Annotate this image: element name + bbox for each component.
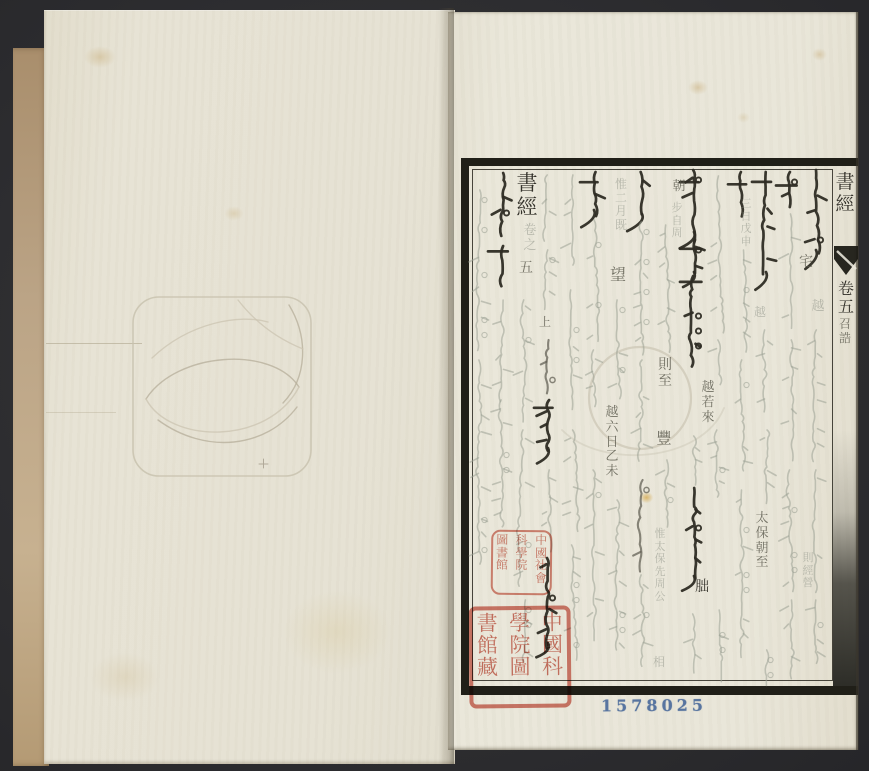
banxin-volume: 卷五 (838, 280, 854, 316)
chinese-text-fragment: 望 (610, 266, 626, 284)
chinese-text-fragment: 豐 (657, 430, 672, 447)
chinese-text-fragment: 惟二月既 (615, 178, 627, 233)
chinese-text-fragment: 越若來 (702, 381, 715, 425)
chinese-text-fragment: 惟太保先周公 (655, 528, 666, 603)
chinese-text-fragment: 越 (812, 300, 825, 315)
chinese-text-fragment: 卷之 (524, 224, 537, 254)
chinese-text-fragment: 書經 (517, 172, 538, 220)
chinese-text-fragment: 朝 (673, 180, 686, 195)
chinese-text-fragment: 則經營 (803, 552, 814, 590)
chinese-fragments-layer: 書經卷之五惟二月既望朝步自周三日戊申宅越越則至豐越若來越六日乙未上太保朝至惟太保… (0, 0, 869, 771)
chinese-text-fragment: 五 (519, 261, 533, 277)
banxin-chapter: 召誥 (839, 318, 851, 345)
chinese-text-fragment: 朏 (695, 580, 709, 596)
chinese-text-fragment: 越 (754, 306, 766, 320)
chinese-text-fragment: 越六日乙未 (606, 406, 619, 480)
banxin-title: 書經 (836, 172, 855, 215)
chinese-text-fragment: 上 (539, 316, 551, 330)
chinese-text-fragment: 三日戊申 (741, 198, 752, 248)
chinese-text-fragment: 步自周 (672, 202, 683, 240)
chinese-text-fragment: 相 (653, 656, 665, 670)
chinese-text-fragment: 則至 (658, 358, 672, 390)
chinese-text-fragment: 宅 (799, 255, 813, 271)
chinese-text-fragment: 太保朝至 (756, 512, 769, 571)
photograph-backdrop: 書經卷之五惟二月既望朝步自周三日戊申宅越越則至豐越若來越六日乙未上太保朝至惟太保… (0, 0, 869, 771)
accession-number-stamp: 1578025 (601, 696, 707, 716)
